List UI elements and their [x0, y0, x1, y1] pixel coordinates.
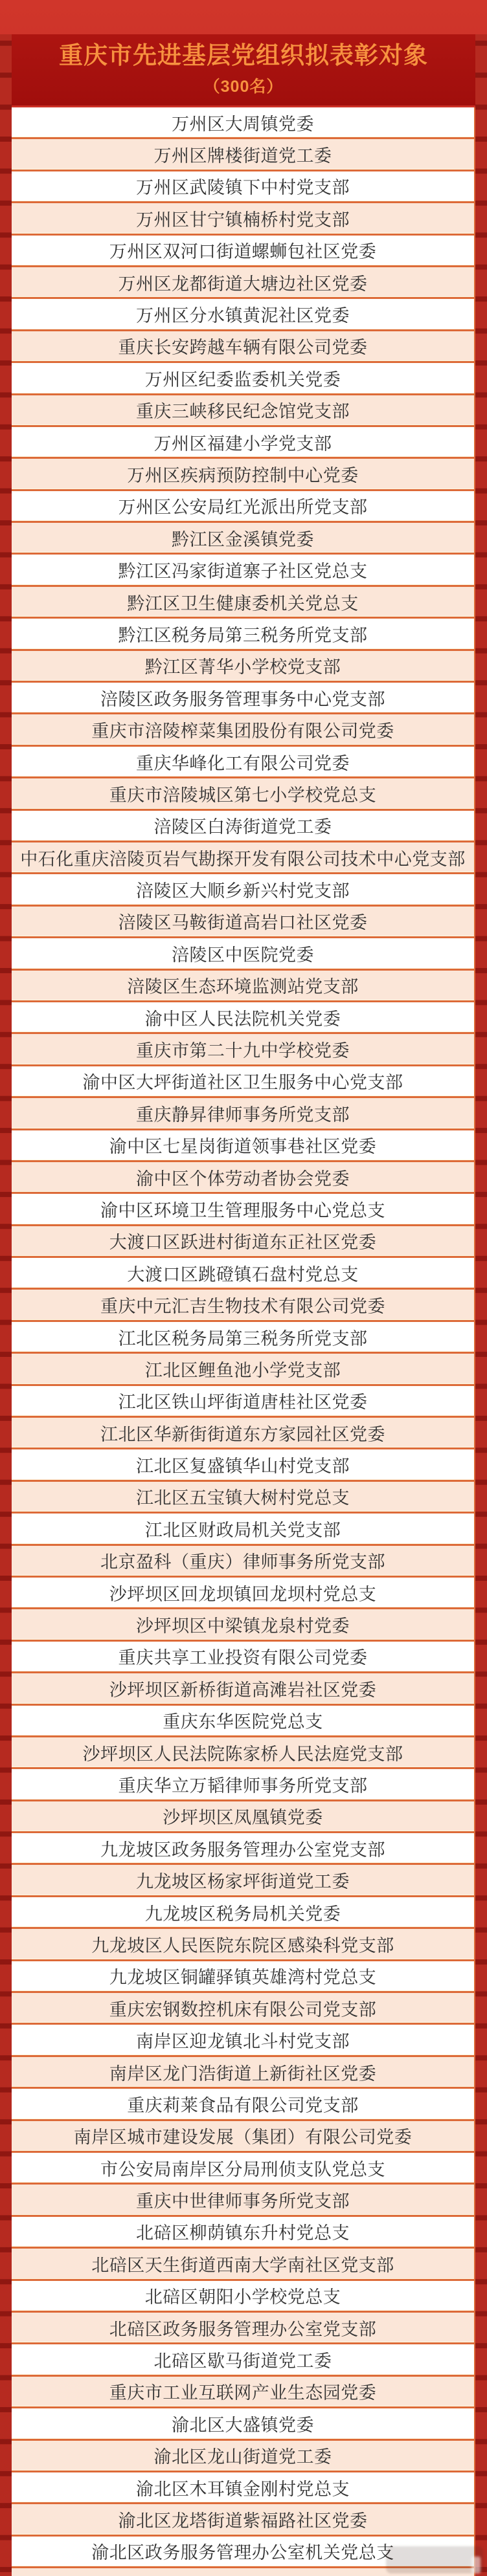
list-item: 万州区公安局红光派出所党支部 [12, 489, 474, 521]
list-item-label: 渝中区七星岗街道领事巷社区党委 [109, 1132, 377, 1158]
list-item: 万州区纪委监委机关党委 [12, 361, 474, 393]
list-item-label: 涪陵区生态环境监测站党支部 [127, 973, 359, 998]
list-item-label: 渝中区个体劳动者协会党委 [136, 1165, 350, 1190]
list-item: 涪陵区马鞍街道高岩口社区党委 [12, 905, 474, 936]
list-item-label: 渝北区龙塔街道紫福路社区党委 [119, 2507, 368, 2532]
list-item-label: 黔江区冯家街道寨子社区党总支 [119, 557, 368, 582]
list-item: 沙坪坝区中梁镇龙泉村党委 [12, 1607, 474, 1639]
list-item: 万州区双河口街道螺蛳包社区党委 [12, 234, 474, 265]
list-item: 南岸区迎龙镇北斗村党支部 [12, 2023, 474, 2054]
list-item: 重庆静昇律师事务所党支部 [12, 1096, 474, 1128]
list-item-label: 市公安局南岸区分局刑侦支队党总支 [100, 2155, 385, 2181]
list-item: 重庆莉莱食品有限公司党支部 [12, 2087, 474, 2119]
list-item-label: 江北区五宝镇大树村党总支 [136, 1484, 350, 1509]
list-item: 黔江区金溪镇党委 [12, 521, 474, 553]
list-item-label: 重庆市第二十九中学校党委 [136, 1037, 350, 1062]
list-item-label: 南岸区迎龙镇北斗村党支部 [136, 2027, 350, 2053]
list-item-label: 重庆中世律师事务所党支部 [136, 2187, 350, 2212]
list-item-label: 南岸区龙门浩街道上新街社区党委 [109, 2060, 377, 2085]
list-item-label: 万州区武陵镇下中村党支部 [136, 173, 350, 199]
list-item: 万州区福建小学党支部 [12, 425, 474, 457]
list-item: 黔江区税务局第三税务所党支部 [12, 617, 474, 648]
list-item-label: 渝北区政务服务管理办公室机关党总支 [91, 2538, 394, 2564]
list-item-label: 万州区福建小学党支部 [154, 430, 332, 455]
list-item: 涪陵区白涛街道党工委 [12, 809, 474, 841]
list-item-label: 北碚区政务服务管理办公室党支部 [109, 2315, 377, 2340]
list-item: 重庆市涪陵城区第七小学校党总支 [12, 776, 474, 808]
list-item-label: 九龙坡区税务局机关党委 [145, 1900, 341, 1925]
list-item-label: 黔江区金溪镇党委 [172, 525, 314, 551]
list-item-label: 沙坪坝区凤凰镇党委 [163, 1803, 323, 1829]
list-item: 涪陵区大顺乡新兴村党支部 [12, 872, 474, 904]
list-item: 沙坪坝区凤凰镇党委 [12, 1800, 474, 1831]
list-item: 北碚区歇马街道党工委 [12, 2342, 474, 2374]
list-item-label: 渝中区人民法院机关党委 [145, 1005, 341, 1030]
list-item: 黔江区菁华小学校党支部 [12, 649, 474, 681]
list-item: 南岸区龙门浩街道上新街社区党委 [12, 2055, 474, 2087]
list-item-label: 重庆莉莱食品有限公司党支部 [127, 2091, 359, 2117]
list-item: 黔江区冯家街道寨子社区党总支 [12, 553, 474, 584]
list-item-label: 涪陵区中医院党委 [172, 941, 314, 966]
list-item-label: 万州区甘宁镇楠桥村党支部 [136, 206, 350, 231]
list-item: 江北区财政局机关党支部 [12, 1512, 474, 1543]
left-border-strip [0, 34, 12, 2576]
list-item: 中石化重庆涪陵页岩气勘探开发有限公司技术中心党支部 [12, 841, 474, 872]
list-item: 重庆共享工业投资有限公司党委 [12, 1640, 474, 1671]
list-item: 九龙坡区人民医院东院区感染科党支部 [12, 1927, 474, 1959]
list-item: 重庆宏钢数控机床有限公司党支部 [12, 1991, 474, 2023]
list-item-label: 沙坪坝区人民法院陈家桥人民法庭党支部 [83, 1740, 403, 1765]
list-item-label: 江北区铁山坪街道唐桂社区党委 [119, 1388, 368, 1413]
list-item: 大渡口区跳磴镇石盘村党总支 [12, 1256, 474, 1288]
list-item: 九龙坡区铜罐驿镇英雄湾村党总支 [12, 1959, 474, 1991]
list-item-label: 涪陵区白涛街道党工委 [154, 813, 332, 838]
list-item-label: 万州区大周镇党委 [172, 110, 314, 135]
list-item-label: 大渡口区跳磴镇石盘村党总支 [127, 1260, 359, 1286]
list-item: 渝北区龙山街道党工委 [12, 2439, 474, 2471]
list-item: 九龙坡区杨家坪街道党工委 [12, 1863, 474, 1895]
list-item: 重庆东华医院党总支 [12, 1704, 474, 1735]
list-item-label: 重庆市工业互联网产业生态园党委 [109, 2379, 377, 2404]
list-item-label: 渝中区环境卫生管理服务中心党总支 [100, 1196, 385, 1222]
header-banner: 重庆市先进基层党组织拟表彰对象 （300名） [12, 34, 475, 105]
list-item-label: 重庆共享工业投资有限公司党委 [119, 1644, 368, 1669]
list-item-label: 江北区鲤鱼池小学党支部 [145, 1356, 341, 1382]
list-item: 万州区甘宁镇楠桥村党支部 [12, 201, 474, 233]
list-item-label: 大渡口区跃进村街道东正社区党委 [109, 1228, 377, 1253]
list-item-label: 涪陵区大顺乡新兴村党支部 [136, 877, 350, 902]
list-item-label: 黔江区税务局第三税务所党支部 [119, 621, 368, 646]
list-item: 九龙坡区政务服务管理办公室党支部 [12, 1831, 474, 1863]
list-item: 万州区龙都街道大塘边社区党委 [12, 265, 474, 297]
list-item-label: 沙坪坝区中梁镇龙泉村党委 [136, 1612, 350, 1637]
list-item: 渝中区大坪街道社区卫生服务中心党支部 [12, 1064, 474, 1096]
list-item-label: 江北区复盛镇华山村党支部 [136, 1452, 350, 1477]
watermark [386, 2546, 483, 2573]
list-item: 重庆中元汇吉生物技术有限公司党委 [12, 1288, 474, 1319]
list-item-label: 万州区分水镇黄泥社区党委 [136, 302, 350, 327]
list-item-label: 重庆三峡移民纪念馆党支部 [136, 397, 350, 423]
list-item-label: 北碚区朝阳小学校党总支 [145, 2283, 341, 2308]
list-item: 渝中区人民法院机关党委 [12, 1000, 474, 1032]
list-item: 沙坪坝区回龙坝镇回龙坝村党总支 [12, 1576, 474, 1607]
list-item-label: 重庆宏钢数控机床有限公司党支部 [109, 1996, 377, 2021]
list-item: 重庆市第二十九中学校党委 [12, 1032, 474, 1064]
list-item-label: 渝北区木耳镇金刚村党总支 [136, 2475, 350, 2500]
list-item-label: 九龙坡区铜罐驿镇英雄湾村党总支 [109, 1963, 377, 1988]
list-item-label: 万州区双河口街道螺蛳包社区党委 [109, 237, 377, 263]
list-item-label: 万州区公安局红光派出所党支部 [119, 493, 368, 518]
list-item: 渝北区木耳镇金刚村党总支 [12, 2471, 474, 2502]
list-item: 江北区铁山坪街道唐桂社区党委 [12, 1384, 474, 1416]
list-item-label: 九龙坡区杨家坪街道党工委 [136, 1867, 350, 1893]
list-item-label: 渝北区龙山街道党工委 [154, 2443, 332, 2468]
list-item: 万州区分水镇黄泥社区党委 [12, 297, 474, 329]
list-item: 北京盈科（重庆）律师事务所党支部 [12, 1544, 474, 1576]
list-item: 重庆市涪陵榨菜集团股份有限公司党委 [12, 712, 474, 744]
list-item: 黔江区卫生健康委机关党总支 [12, 585, 474, 617]
list-item: 重庆三峡移民纪念馆党支部 [12, 393, 474, 425]
list-item-label: 重庆东华医院党总支 [163, 1708, 323, 1733]
list-item: 万州区疾病预防控制中心党委 [12, 457, 474, 489]
list-item-label: 重庆静昇律师事务所党支部 [136, 1101, 350, 1126]
list-item: 渝中区个体劳动者协会党委 [12, 1160, 474, 1192]
list-item-label: 涪陵区政务服务管理事务中心党支部 [100, 685, 385, 710]
list-item-label: 万州区疾病预防控制中心党委 [127, 461, 359, 487]
list-item: 沙坪坝区人民法院陈家桥人民法庭党支部 [12, 1735, 474, 1767]
list-item-label: 渝北区大盛镇党委 [172, 2411, 314, 2436]
list-item-label: 北京盈科（重庆）律师事务所党支部 [100, 1548, 385, 1573]
list-item: 江北区税务局第三税务所党支部 [12, 1320, 474, 1352]
list-item: 江北区五宝镇大树村党总支 [12, 1480, 474, 1512]
list-item: 重庆华峰化工有限公司党委 [12, 745, 474, 776]
list-item: 北碚区柳荫镇东升村党总支 [12, 2215, 474, 2247]
list-item-label: 万州区龙都街道大塘边社区党委 [119, 270, 368, 295]
list-item: 江北区华新街街道东方家园社区党委 [12, 1416, 474, 1448]
list-item: 大渡口区跃进村街道东正社区党委 [12, 1224, 474, 1256]
list-item: 渝北区龙塔街道紫福路社区党委 [12, 2502, 474, 2534]
list-item-label: 重庆华峰化工有限公司党委 [136, 749, 350, 775]
list-item: 重庆长安跨越车辆有限公司党委 [12, 329, 474, 361]
list-item: 万州区牌楼街道党工委 [12, 137, 474, 169]
right-border-strip [475, 34, 487, 2576]
list-item-label: 黔江区卫生健康委机关党总支 [127, 589, 359, 615]
list-item-label: 渝中区大坪街道社区卫生服务中心党支部 [83, 1068, 403, 1094]
list-item-label: 重庆华立万韬律师事务所党支部 [119, 1772, 368, 1797]
list-item: 九龙坡区税务局机关党委 [12, 1895, 474, 1927]
list-item: 渝中区七星岗街道领事巷社区党委 [12, 1128, 474, 1160]
award-list: 万州区大周镇党委万州区牌楼街道党工委万州区武陵镇下中村党支部万州区甘宁镇楠桥村党… [12, 107, 475, 2576]
list-item-label: 江北区财政局机关党支部 [145, 1516, 341, 1541]
list-item: 北碚区朝阳小学校党总支 [12, 2279, 474, 2311]
list-item: 市公安局南岸区分局刑侦支队党总支 [12, 2151, 474, 2183]
list-item-label: 北碚区歇马街道党工委 [154, 2347, 332, 2372]
list-item-label: 重庆市涪陵榨菜集团股份有限公司党委 [91, 717, 394, 742]
list-item-label: 涪陵区马鞍街道高岩口社区党委 [119, 908, 368, 934]
list-item: 万州区武陵镇下中村党支部 [12, 170, 474, 201]
list-item: 涪陵区政务服务管理事务中心党支部 [12, 681, 474, 712]
list-item-label: 北碚区天生街道西南大学南社区党支部 [91, 2251, 394, 2276]
list-item: 涪陵区生态环境监测站党支部 [12, 969, 474, 1000]
list-item: 渝北区大盛镇党委 [12, 2406, 474, 2438]
list-item: 重庆华立万韬律师事务所党支部 [12, 1767, 474, 1799]
list-item: 万州区大周镇党委 [12, 107, 474, 137]
list-item-label: 江北区华新街街道东方家园社区党委 [100, 1420, 385, 1446]
list-item-label: 南岸区城市建设发展（集团）有限公司党委 [74, 2123, 413, 2148]
page-title: 重庆市先进基层党组织拟表彰对象 [59, 43, 428, 69]
list-item: 沙坪坝区新桥街道高滩岩社区党委 [12, 1671, 474, 1703]
poster-canvas: 重庆市先进基层党组织拟表彰对象 （300名） 万州区大周镇党委万州区牌楼街道党工… [0, 0, 487, 2576]
list-item-label: 中石化重庆涪陵页岩气勘探开发有限公司技术中心党支部 [20, 845, 466, 870]
list-item-label: 北碚区柳荫镇东升村党总支 [136, 2219, 350, 2244]
list-item-label: 重庆市涪陵城区第七小学校党总支 [109, 781, 377, 806]
list-item: 江北区鲤鱼池小学党支部 [12, 1352, 474, 1383]
list-item: 重庆中世律师事务所党支部 [12, 2183, 474, 2214]
list-item-label: 江北区税务局第三税务所党支部 [119, 1325, 368, 1350]
list-item-label: 沙坪坝区回龙坝镇回龙坝村党总支 [109, 1580, 377, 1605]
list-item-label: 黔江区菁华小学校党支部 [145, 653, 341, 678]
list-item: 渝中区环境卫生管理服务中心党总支 [12, 1192, 474, 1224]
list-item-label: 万州区牌楼街道党工委 [154, 142, 332, 167]
list-item: 北碚区政务服务管理办公室党支部 [12, 2311, 474, 2342]
list-item-label: 九龙坡区人民医院东院区感染科党支部 [91, 1932, 394, 1957]
list-item: 北碚区天生街道西南大学南社区党支部 [12, 2247, 474, 2278]
list-item: 南岸区城市建设发展（集团）有限公司党委 [12, 2119, 474, 2151]
list-item-label: 沙坪坝区新桥街道高滩岩社区党委 [109, 1676, 377, 1701]
list-item: 涪陵区中医院党委 [12, 936, 474, 968]
list-item: 江北区复盛镇华山村党支部 [12, 1448, 474, 1479]
list-item-label: 九龙坡区政务服务管理办公室党支部 [100, 1836, 385, 1861]
list-item-label: 重庆长安跨越车辆有限公司党委 [119, 333, 368, 358]
list-item-label: 万州区纪委监委机关党委 [145, 366, 341, 391]
list-item: 重庆市工业互联网产业生态园党委 [12, 2375, 474, 2406]
page-subtitle: （300名） [204, 74, 284, 97]
list-item-label: 重庆中元汇吉生物技术有限公司党委 [100, 1292, 385, 1317]
